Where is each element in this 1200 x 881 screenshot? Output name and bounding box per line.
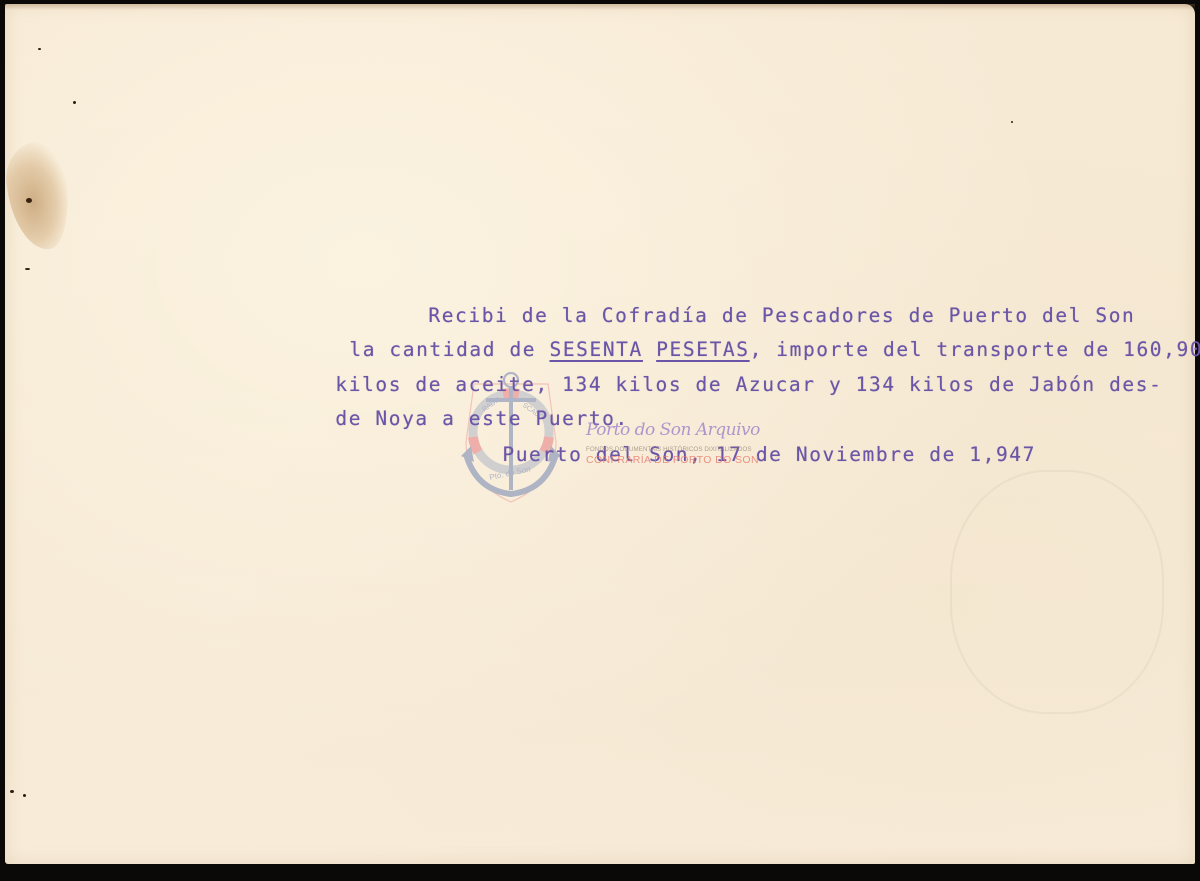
speck xyxy=(23,794,26,797)
paper-edge-shadow xyxy=(5,4,1195,10)
faint-ghost-stamp xyxy=(950,470,1164,714)
speck xyxy=(10,790,14,793)
speck xyxy=(73,101,76,104)
speck xyxy=(1011,121,1013,123)
receipt-date-text: Puerto del Son, 17 de Noviembre de 1,947 xyxy=(502,443,1036,466)
speck xyxy=(25,268,30,270)
stain-dot xyxy=(26,198,32,203)
scanned-document: RADIA SCADO Pto. do Son Recibi de la Cof… xyxy=(0,0,1200,881)
receipt-date-line: Puerto del Son, 17 de Noviembre de 1,947 xyxy=(449,425,1036,484)
speck xyxy=(38,48,41,50)
